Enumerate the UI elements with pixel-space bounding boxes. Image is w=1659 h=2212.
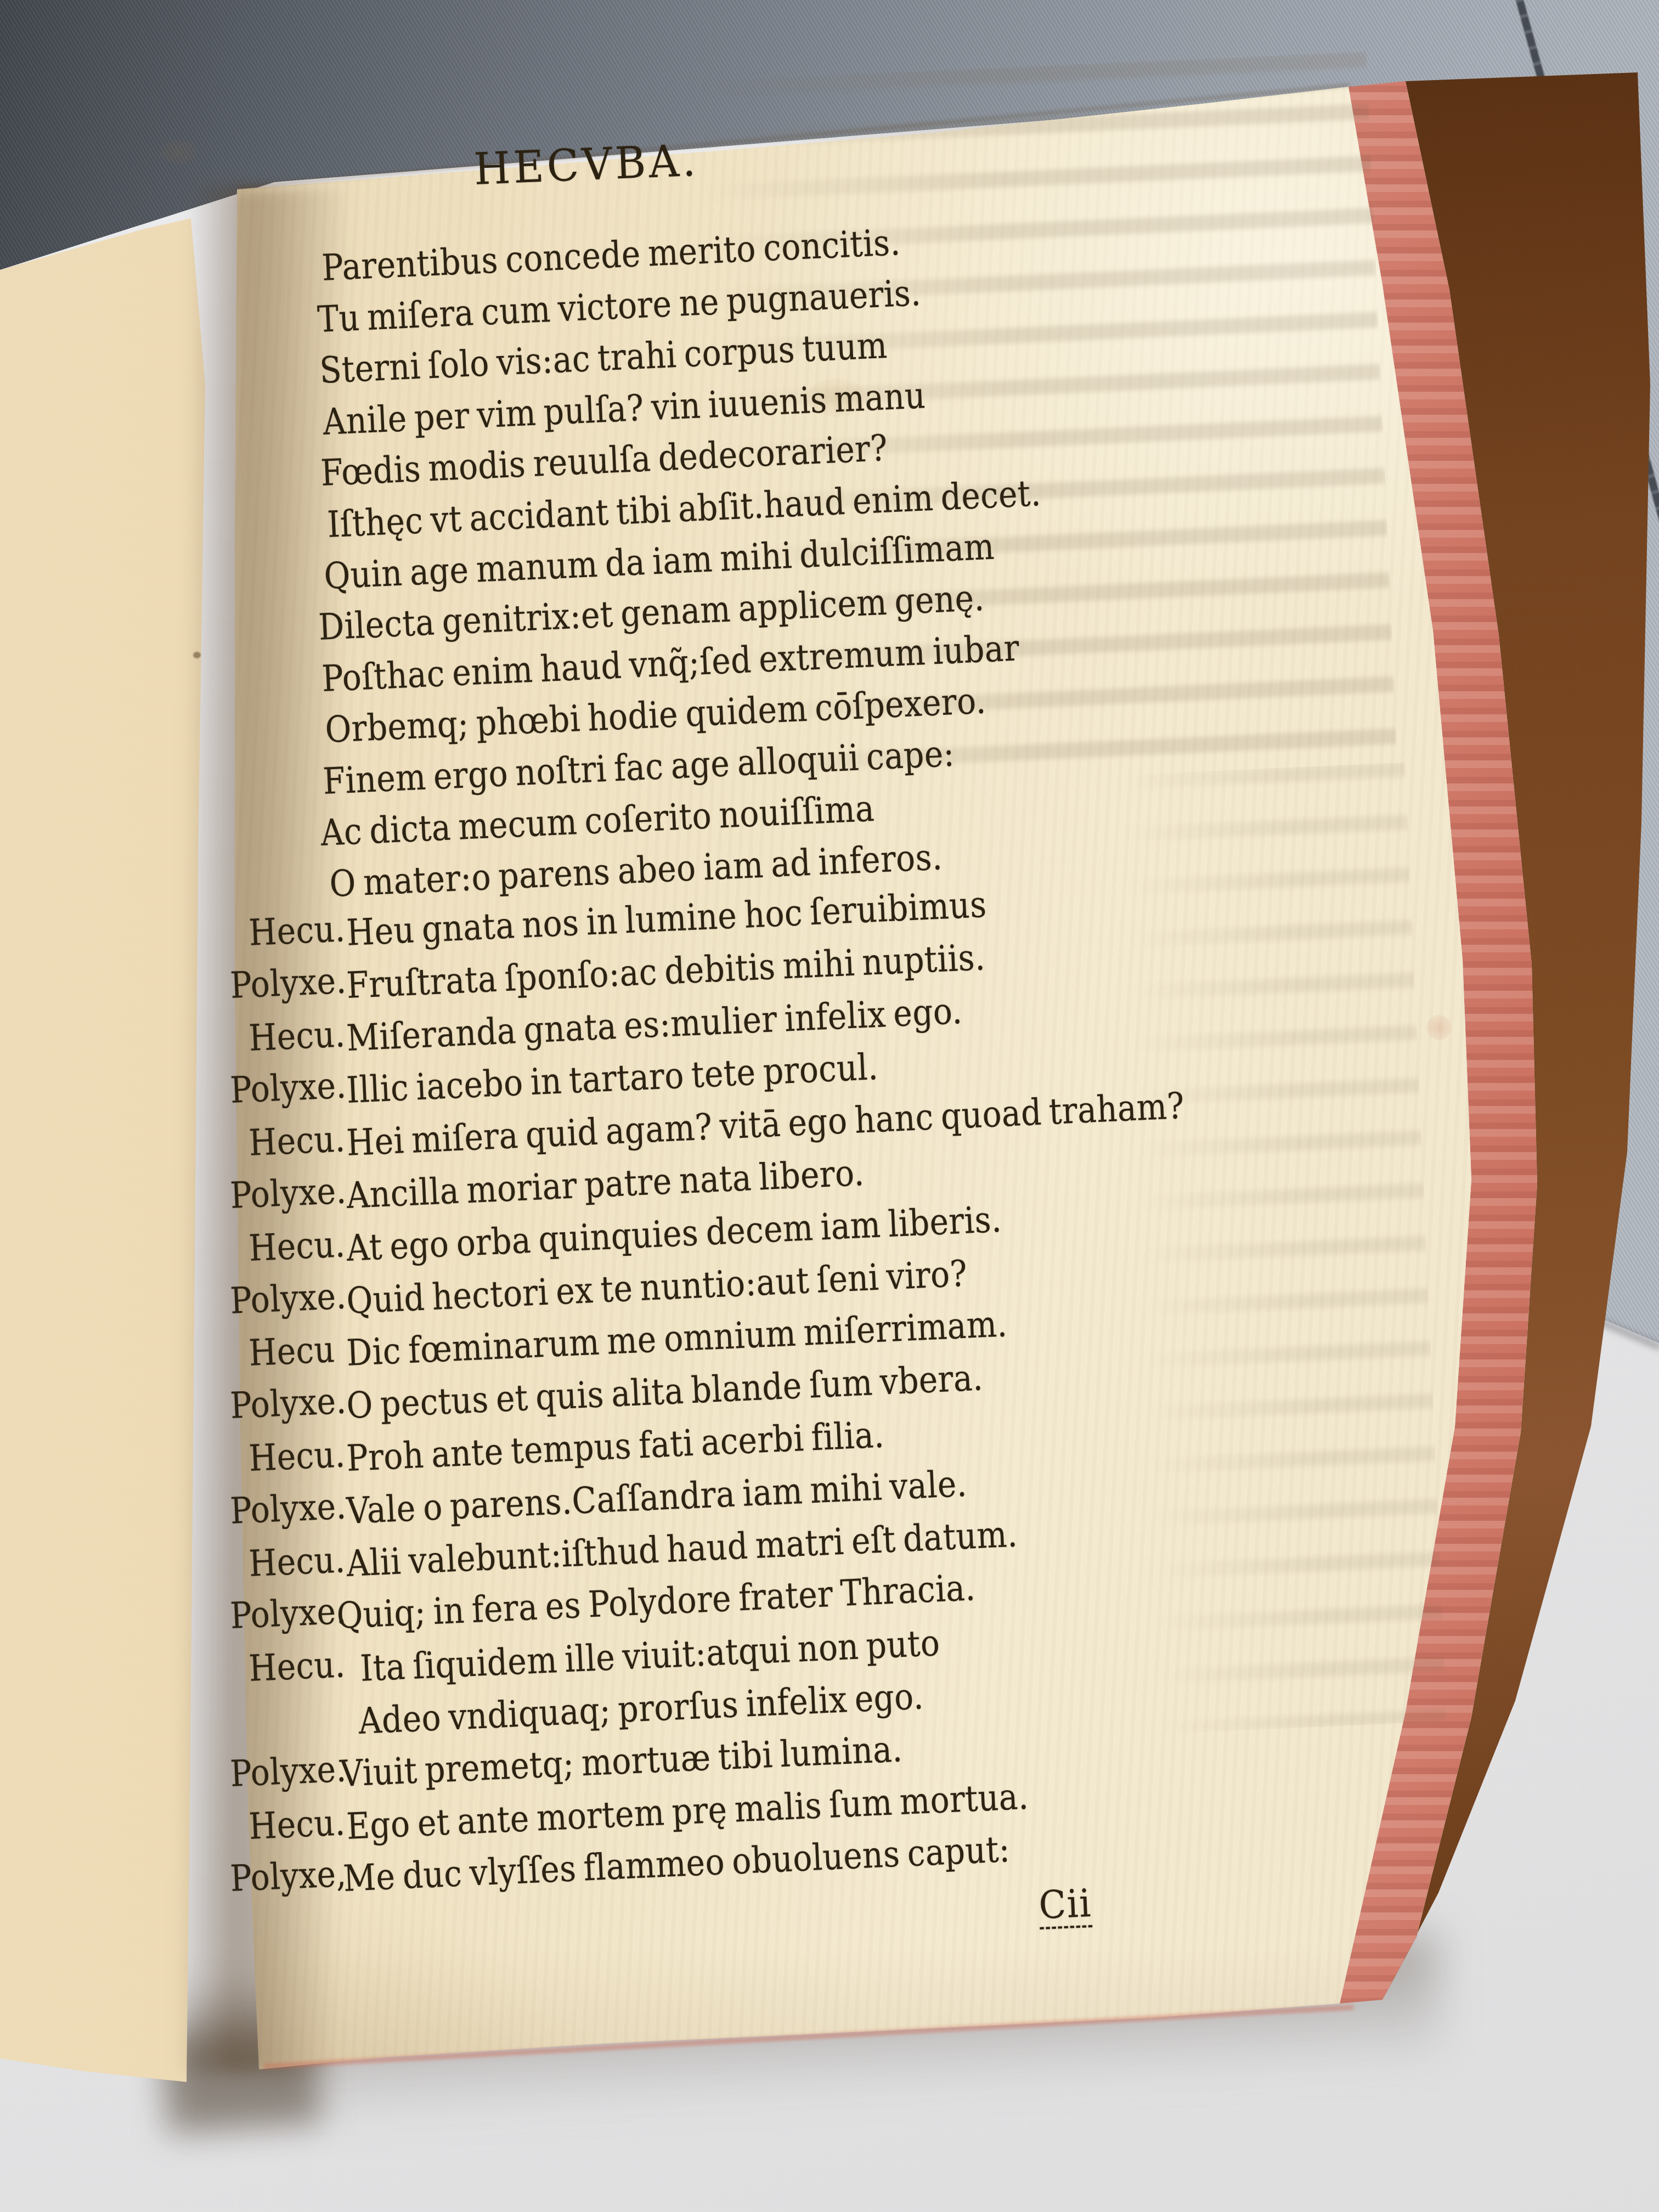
- speaker-label: Hecu.: [248, 1013, 346, 1059]
- printed-text: HECVBA. Parentibus concede merito concit…: [0, 0, 1659, 2212]
- speaker-label: Polyxe.: [229, 1747, 347, 1795]
- book-photo: HECVBA. Parentibus concede merito concit…: [0, 0, 1659, 2212]
- speaker-label: Hecu.: [248, 1433, 346, 1480]
- speaker-label: Polyxe.: [229, 1064, 347, 1111]
- speaker-label: Hecu.: [248, 1223, 346, 1269]
- speaker-label: Hecu.: [248, 1538, 346, 1585]
- dialogue-line: Ancilla moriar patre nata libero.: [346, 1152, 865, 1217]
- speaker-label: Polyxe.: [229, 1380, 347, 1427]
- speaker-label: Hecu.: [248, 1118, 346, 1164]
- speaker-label: Polyxe.: [229, 1485, 347, 1532]
- signature-mark: Cii: [1038, 1881, 1092, 1928]
- running-title: HECVBA.: [473, 135, 699, 195]
- speaker-label: Polyxe.: [229, 959, 347, 1006]
- speaker-label: Polyxe,: [229, 1853, 347, 1900]
- speaker-label: Hecu.: [248, 1643, 346, 1690]
- speaker-label: Hecu: [248, 1328, 336, 1374]
- speaker-label: Hecu.: [248, 907, 346, 954]
- speaker-label: Polyxe.: [229, 1274, 347, 1322]
- speaker-label: Polyxe.: [229, 1170, 347, 1217]
- speaker-label: Hecu.: [248, 1801, 346, 1848]
- speaker-label: Polyxe.: [229, 1590, 347, 1637]
